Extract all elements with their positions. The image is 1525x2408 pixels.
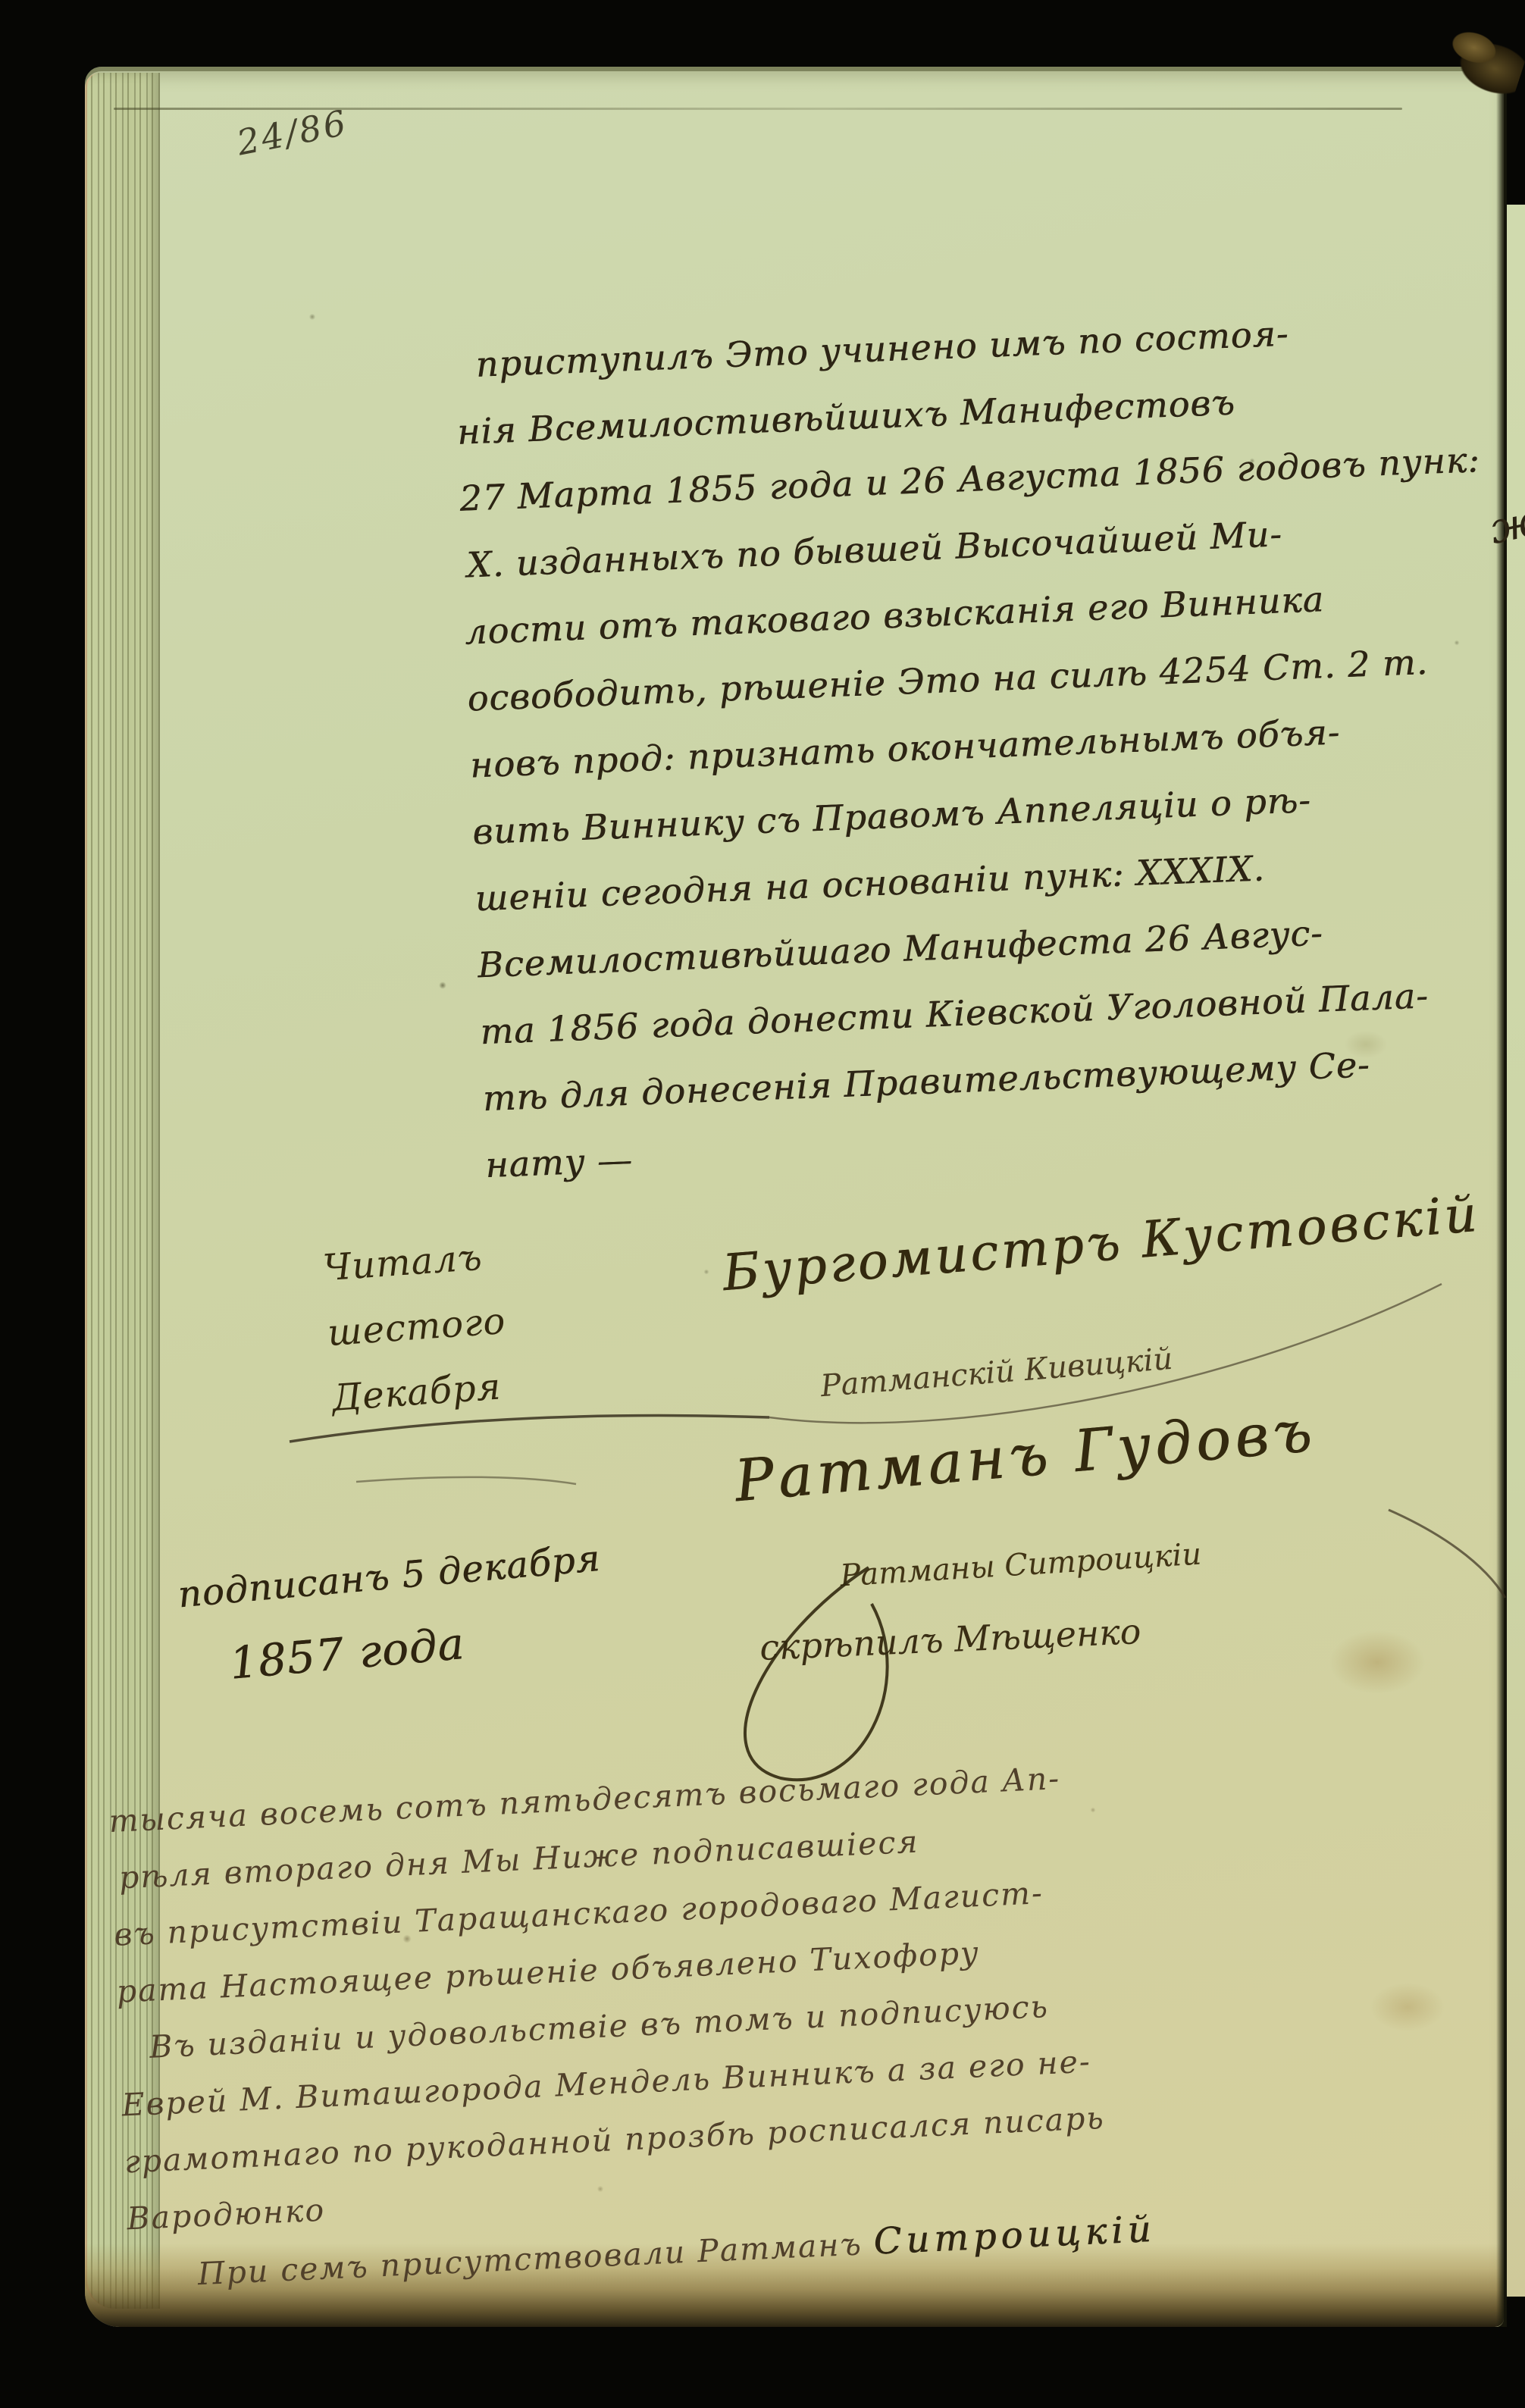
subscription-block: тысяча восемь сотъ пятьдесятъ восьмаго г… — [108, 1729, 1525, 2305]
margin-note-line: Читалъ — [321, 1223, 503, 1301]
attestation-signature: Ситроицкій — [872, 2208, 1156, 2263]
archival-scan: ж 24/86 приступилъ Это учинено имъ по со… — [0, 0, 1525, 2408]
margin-note-line: шестого — [325, 1289, 508, 1366]
margin-note-line: Декабря — [330, 1354, 512, 1431]
margin-note-read: Читалъ шестого Декабря — [321, 1223, 512, 1431]
main-text-block: приступилъ Это учинено имъ по состоя- ні… — [453, 291, 1525, 1198]
